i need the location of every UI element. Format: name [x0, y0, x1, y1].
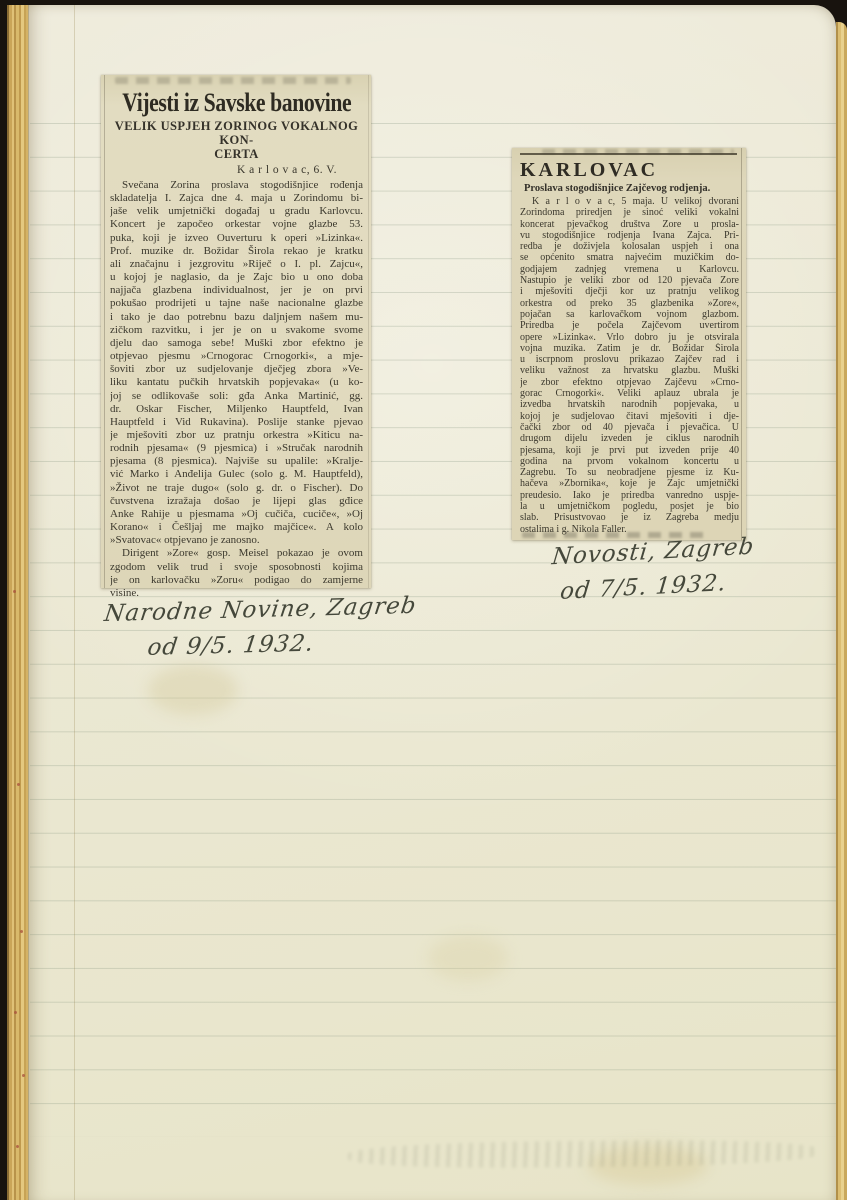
clipping-text-line: preudesio. Iako je priredba vanredno usp…: [520, 490, 739, 501]
clipping-text-line: Zagrebu. To su neobradjene pjesme iz Ku-: [520, 467, 739, 478]
clipping-text-line: vu stogodišnjice rodjenja Ivana Zajca. P…: [520, 230, 739, 241]
clipping-text-line: rodnih pjesama« (9 pjesmica) i »Stručak …: [110, 442, 363, 455]
clipping-text-line: skladatelja I. Zajca dne 4. maja u Zorin…: [110, 192, 363, 205]
clipping-text-line: u kojoj je naglasio, da je Zajc bio u on…: [110, 271, 363, 284]
book-page-edges-left: [7, 5, 28, 1200]
clipping-text-line: Anke Rahije u pjesmama »Oj cučiča, cucič…: [110, 508, 363, 521]
clipping-text-line: najjača glazbena individualnost, jer je …: [110, 284, 363, 297]
clipping-body: Svečana Zorina proslava stogodišnjice ro…: [110, 179, 363, 600]
clipping-text-line: Nastupio je veliki zbor od 120 pjevača Z…: [520, 275, 739, 286]
clipping-text-line: pojačan sa karlovačkom vojnom glazbom.: [520, 309, 739, 320]
clipping-text-line: u iscrpnom proslovu prikazao Zajčev rad …: [520, 354, 739, 365]
clipping-text-line: veliku važnost za hrvatsku glazbu. Muški: [520, 365, 739, 376]
clipping-text-line: jaše velik umjetnički događaj u gradu Ka…: [110, 205, 363, 218]
page-fold-line: [74, 5, 75, 1200]
edge-speck: [14, 1011, 17, 1014]
clipping-text-line: vojna muzika. Zatim je dr. Božidar Širol…: [520, 343, 739, 354]
clipping-paragraph: K a r l o v a c, 5 maja. U velikoj dvora…: [520, 196, 739, 535]
clipping-text-line: čački zbor od 40 pjevača i pjevačica. U: [520, 422, 739, 433]
scrapbook: Vijesti iz Savske banovine VELIK USPJEH …: [0, 0, 847, 1200]
book-page-edges-right: [836, 22, 847, 1200]
clipping-text-line: Zorindoma priredjen je sinoć veliki voka…: [520, 207, 739, 218]
clipping-text-line: Dirigent »Zore« gosp. Meisel pokazao je …: [110, 547, 363, 560]
clipping-text-line: djelu dao samoga sebe! Muški zbor efektn…: [110, 337, 363, 350]
clipping-subheadline-line2: CERTA: [110, 147, 363, 161]
clipping-dateline: K a r l o v a c, 6. V.: [110, 163, 363, 177]
newspaper-clipping-right: KARLOVAC Proslava stogodišnjice Zajčevog…: [512, 148, 746, 540]
clipping-subheadline-line1: VELIK USPJEH ZORINOG VOKALNOG KON-: [110, 119, 363, 147]
clipping-text-line: je zbor efektno otpjevao Zajčevu »Crno-: [520, 377, 739, 388]
clipping-text-line: i tako je dao potrebnu bazu daljnjem naš…: [110, 311, 363, 324]
clipping-subheadline: Proslava stogodišnjice Zajčevog rodjenja…: [520, 182, 739, 195]
column-rule-right: [368, 75, 369, 588]
clipping-text-line: se općenito smatra najvećim muzičkim do-: [520, 252, 739, 263]
clipping-body: K a r l o v a c, 5 maja. U velikoj dvora…: [520, 196, 739, 535]
clipping-text-line: opere »Lizinka«. Vrlo dobro ju je otsvir…: [520, 332, 739, 343]
clipping-text-line: slab. Prisustvovao je iz Zagreba medju: [520, 512, 739, 523]
clipping-text-line: orkestra od preko 35 glazbenika »Zore«,: [520, 298, 739, 309]
handwritten-source-left: Narodne Novine, Zagreb od 9/5. 1932.: [98, 593, 418, 662]
print-showthrough: [542, 149, 734, 154]
clipping-text-line: godjajem zadnjeg vremena u Karlovcu.: [520, 264, 739, 275]
clipping-text-line: ali značajnu i jezgrovitu »Riječ o I. pl…: [110, 258, 363, 271]
clipping-text-line: pjesama, koji je prvi put izveden prije …: [520, 445, 739, 456]
column-rule-right: [741, 148, 742, 540]
clipping-text-line: »Svatovac« otpjevano je zanosno.: [110, 534, 363, 547]
clipping-headline: KARLOVAC: [520, 158, 739, 182]
page-stain: [148, 665, 238, 715]
clipping-text-line: godina na prvom vokalnom koncertu u: [520, 456, 739, 467]
clipping-text-line: je on karlovačku »Zoru« podigao do zamje…: [110, 574, 363, 587]
clipping-text-line: dr. Oskar Fischer, Miljenko Hauptfeld, I…: [110, 403, 363, 416]
clipping-text-line: Koncert je započeo orkestar vojne glazbe…: [110, 218, 363, 231]
clipping-paragraph: Svečana Zorina proslava stogodišnjice ro…: [110, 179, 363, 547]
edge-speck: [20, 930, 23, 933]
clipping-text-line: kojoj je sudjelovao čitavi mješoviti i d…: [520, 411, 739, 422]
print-showthrough: [115, 77, 351, 84]
clipping-text-line: čuvstvena izražaja došao je lijepi glas …: [110, 495, 363, 508]
clipping-text-line: je mješoviti zbor uz pratnju orkestra »K…: [110, 429, 363, 442]
clipping-text-line: pjesama (8 pjesmica). Najviše su upalile…: [110, 455, 363, 468]
clipping-headline: Vijesti iz Savske banovine: [110, 89, 363, 117]
clipping-text-line: redba je doživjela kolosalan uspjeh i on…: [520, 241, 739, 252]
clipping-text-line: pokušao prodrijeti u tajne naše nacional…: [110, 297, 363, 310]
clipping-text-line: Prof. muzike dr. Božidar Širola rekao je…: [110, 245, 363, 258]
clipping-text-line: hačeva »Zbornika«, koje je Zajc umjetnič…: [520, 478, 739, 489]
edge-speck: [22, 1074, 25, 1077]
clipping-paragraph: Dirigent »Zore« gosp. Meisel pokazao je …: [110, 547, 363, 600]
clipping-text-line: puka, koji je izveo Ouverturu k operi »L…: [110, 232, 363, 245]
clipping-text-line: Hauptfeld i Vid Rukavina). Poslije stank…: [110, 416, 363, 429]
clipping-text-line: zgodom velik trud i svoje sposobnosti ko…: [110, 561, 363, 574]
clipping-text-line: Korano« i Češljaj me majko majčice«. A k…: [110, 521, 363, 534]
clipping-text-line: i mješoviti dječji kor uz pratnju veliko…: [520, 286, 739, 297]
clipping-text-line: drugom dijelu izveden je ciklus narodnih: [520, 433, 739, 444]
clipping-text-line: šoviti zbor uz sudjelovanje dječjeg zbor…: [110, 363, 363, 376]
clipping-text-line: otpjevao pjesmu »Crnogorac Crnogorki«, a…: [110, 350, 363, 363]
clipping-text-line: »Život ne traje dugo« (solo g. dr. o Fis…: [110, 482, 363, 495]
clipping-text-line: izvedba hrvatskih narodnih popjevaka, u: [520, 399, 739, 410]
edge-speck: [13, 590, 16, 593]
page-stain: [428, 935, 508, 981]
clipping-text-line: Svečana Zorina proslava stogodišnjice ro…: [110, 179, 363, 192]
edge-speck: [16, 1145, 19, 1148]
ink-showthrough: [348, 1139, 818, 1170]
scrapbook-page: Vijesti iz Savske banovine VELIK USPJEH …: [28, 5, 836, 1200]
clipping-text-line: liku kantatu pučkih hrvatskih popjevaka«…: [110, 376, 363, 389]
clipping-text-line: koncerat pjevačkog društva Zore u prosla…: [520, 219, 739, 230]
newspaper-clipping-left: Vijesti iz Savske banovine VELIK USPJEH …: [101, 75, 371, 588]
column-rule-left: [104, 75, 105, 588]
clipping-text-line: la u umjetničkom pogledu, posjet je bio: [520, 501, 739, 512]
clipping-text-line: K a r l o v a c, 5 maja. U velikoj dvora…: [520, 196, 739, 207]
clipping-text-line: joj se odlikovaše soli: gđa Anka Martini…: [110, 390, 363, 403]
edge-speck: [17, 783, 20, 786]
clipping-text-line: gorac Crnogorki«. Veliki aplauz ubrala j…: [520, 388, 739, 399]
clipping-text-line: vić Marko i Anđelija Gulec (solo g. M. H…: [110, 468, 363, 481]
clipping-text-line: Priredba je počela Zajčevom uvertirom: [520, 320, 739, 331]
handwritten-source-right: Novosti, Zagreb od 7/5. 1932.: [547, 533, 756, 605]
clipping-text-line: zičkom razvitku, i jer je on u svakome s…: [110, 324, 363, 337]
